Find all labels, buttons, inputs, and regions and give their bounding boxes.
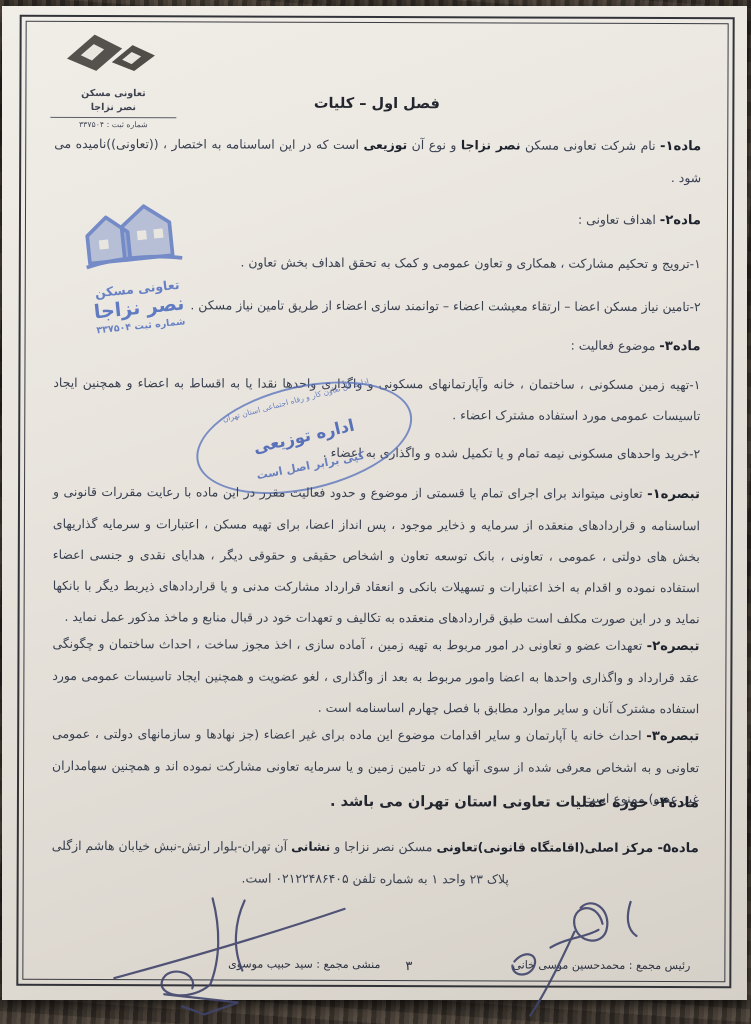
note-2: تبصره۲- تعهدات عضو و تعاونی در امور مربو… bbox=[52, 628, 699, 724]
article-3-label: ماده۳- bbox=[659, 339, 700, 354]
org-logo-roof-icon bbox=[61, 26, 165, 76]
article-2-title: اهداف تعاونی : bbox=[578, 212, 660, 227]
article-2-heading: ماده۲- اهداف تعاونی : bbox=[54, 202, 701, 236]
page-border-outer: تعاونی مسکن نصر نزاجا شماره ثبت : ۳۳۷۵۰۴… bbox=[16, 15, 734, 988]
article-2-label: ماده۲- bbox=[660, 213, 701, 228]
note-1-label: تبصره۱- bbox=[647, 487, 700, 502]
article-1-label: ماده۱- bbox=[660, 139, 701, 154]
article-3-heading: ماده۳- موضوع فعالیت : bbox=[53, 328, 700, 362]
note-2-text: تعهدات عضو و تعاونی در امور مربوط به تهی… bbox=[52, 636, 699, 716]
article-5-label: ماده۵- bbox=[658, 841, 699, 856]
article-1-text: نام شرکت تعاونی مسکن نصر نزاجا و نوع آن … bbox=[54, 136, 701, 185]
page-content: تعاونی مسکن نصر نزاجا شماره ثبت : ۳۳۷۵۰۴… bbox=[23, 22, 727, 981]
article-4: ماده۴- حوزه عملیات تعاونی استان تهران می… bbox=[52, 786, 699, 819]
note-1: تبصره۱- تعاونی میتواند برای اجرای تمام ی… bbox=[53, 476, 701, 634]
page-border-inner: تعاونی مسکن نصر نزاجا شماره ثبت : ۳۳۷۵۰۴… bbox=[22, 21, 728, 982]
article-3-title: موضوع فعالیت : bbox=[571, 338, 660, 353]
page-number: ۳ bbox=[93, 950, 724, 983]
note-3-label: تبصره۳- bbox=[646, 729, 699, 744]
article-2-item-1: ۱-ترویج و تحکیم مشارکت ، همکاری و تعاون … bbox=[54, 246, 701, 279]
article-5: ماده۵- مرکز اصلی(اقامتگاه قانونی)تعاونی … bbox=[52, 830, 699, 895]
article-4-label: ماده۴- bbox=[654, 795, 699, 811]
scanned-page: تعاونی مسکن نصر نزاجا شماره ثبت : ۳۳۷۵۰۴… bbox=[2, 6, 747, 1000]
note-1-text: تعاونی میتواند برای اجرای تمام یا قسمتی … bbox=[53, 484, 700, 626]
article-5-text: مرکز اصلی(اقامتگاه قانونی)تعاونی مسکن نص… bbox=[52, 838, 658, 887]
article-2: ماده۲- اهداف تعاونی : ۱-ترویج و تحکیم مش… bbox=[54, 202, 701, 322]
article-1: ماده۱- نام شرکت تعاونی مسکن نصر نزاجا و … bbox=[54, 128, 701, 193]
article-4-title: حوزه عملیات تعاونی استان تهران می باشد . bbox=[330, 794, 654, 811]
article-2-item-2: ۲-تامین نیاز مسکن اعضا – ارتقاء معیشت اع… bbox=[54, 289, 701, 322]
chapter-heading: فصل اول – کلیات bbox=[26, 88, 727, 121]
note-2-label: تبصره۲- bbox=[647, 639, 700, 654]
